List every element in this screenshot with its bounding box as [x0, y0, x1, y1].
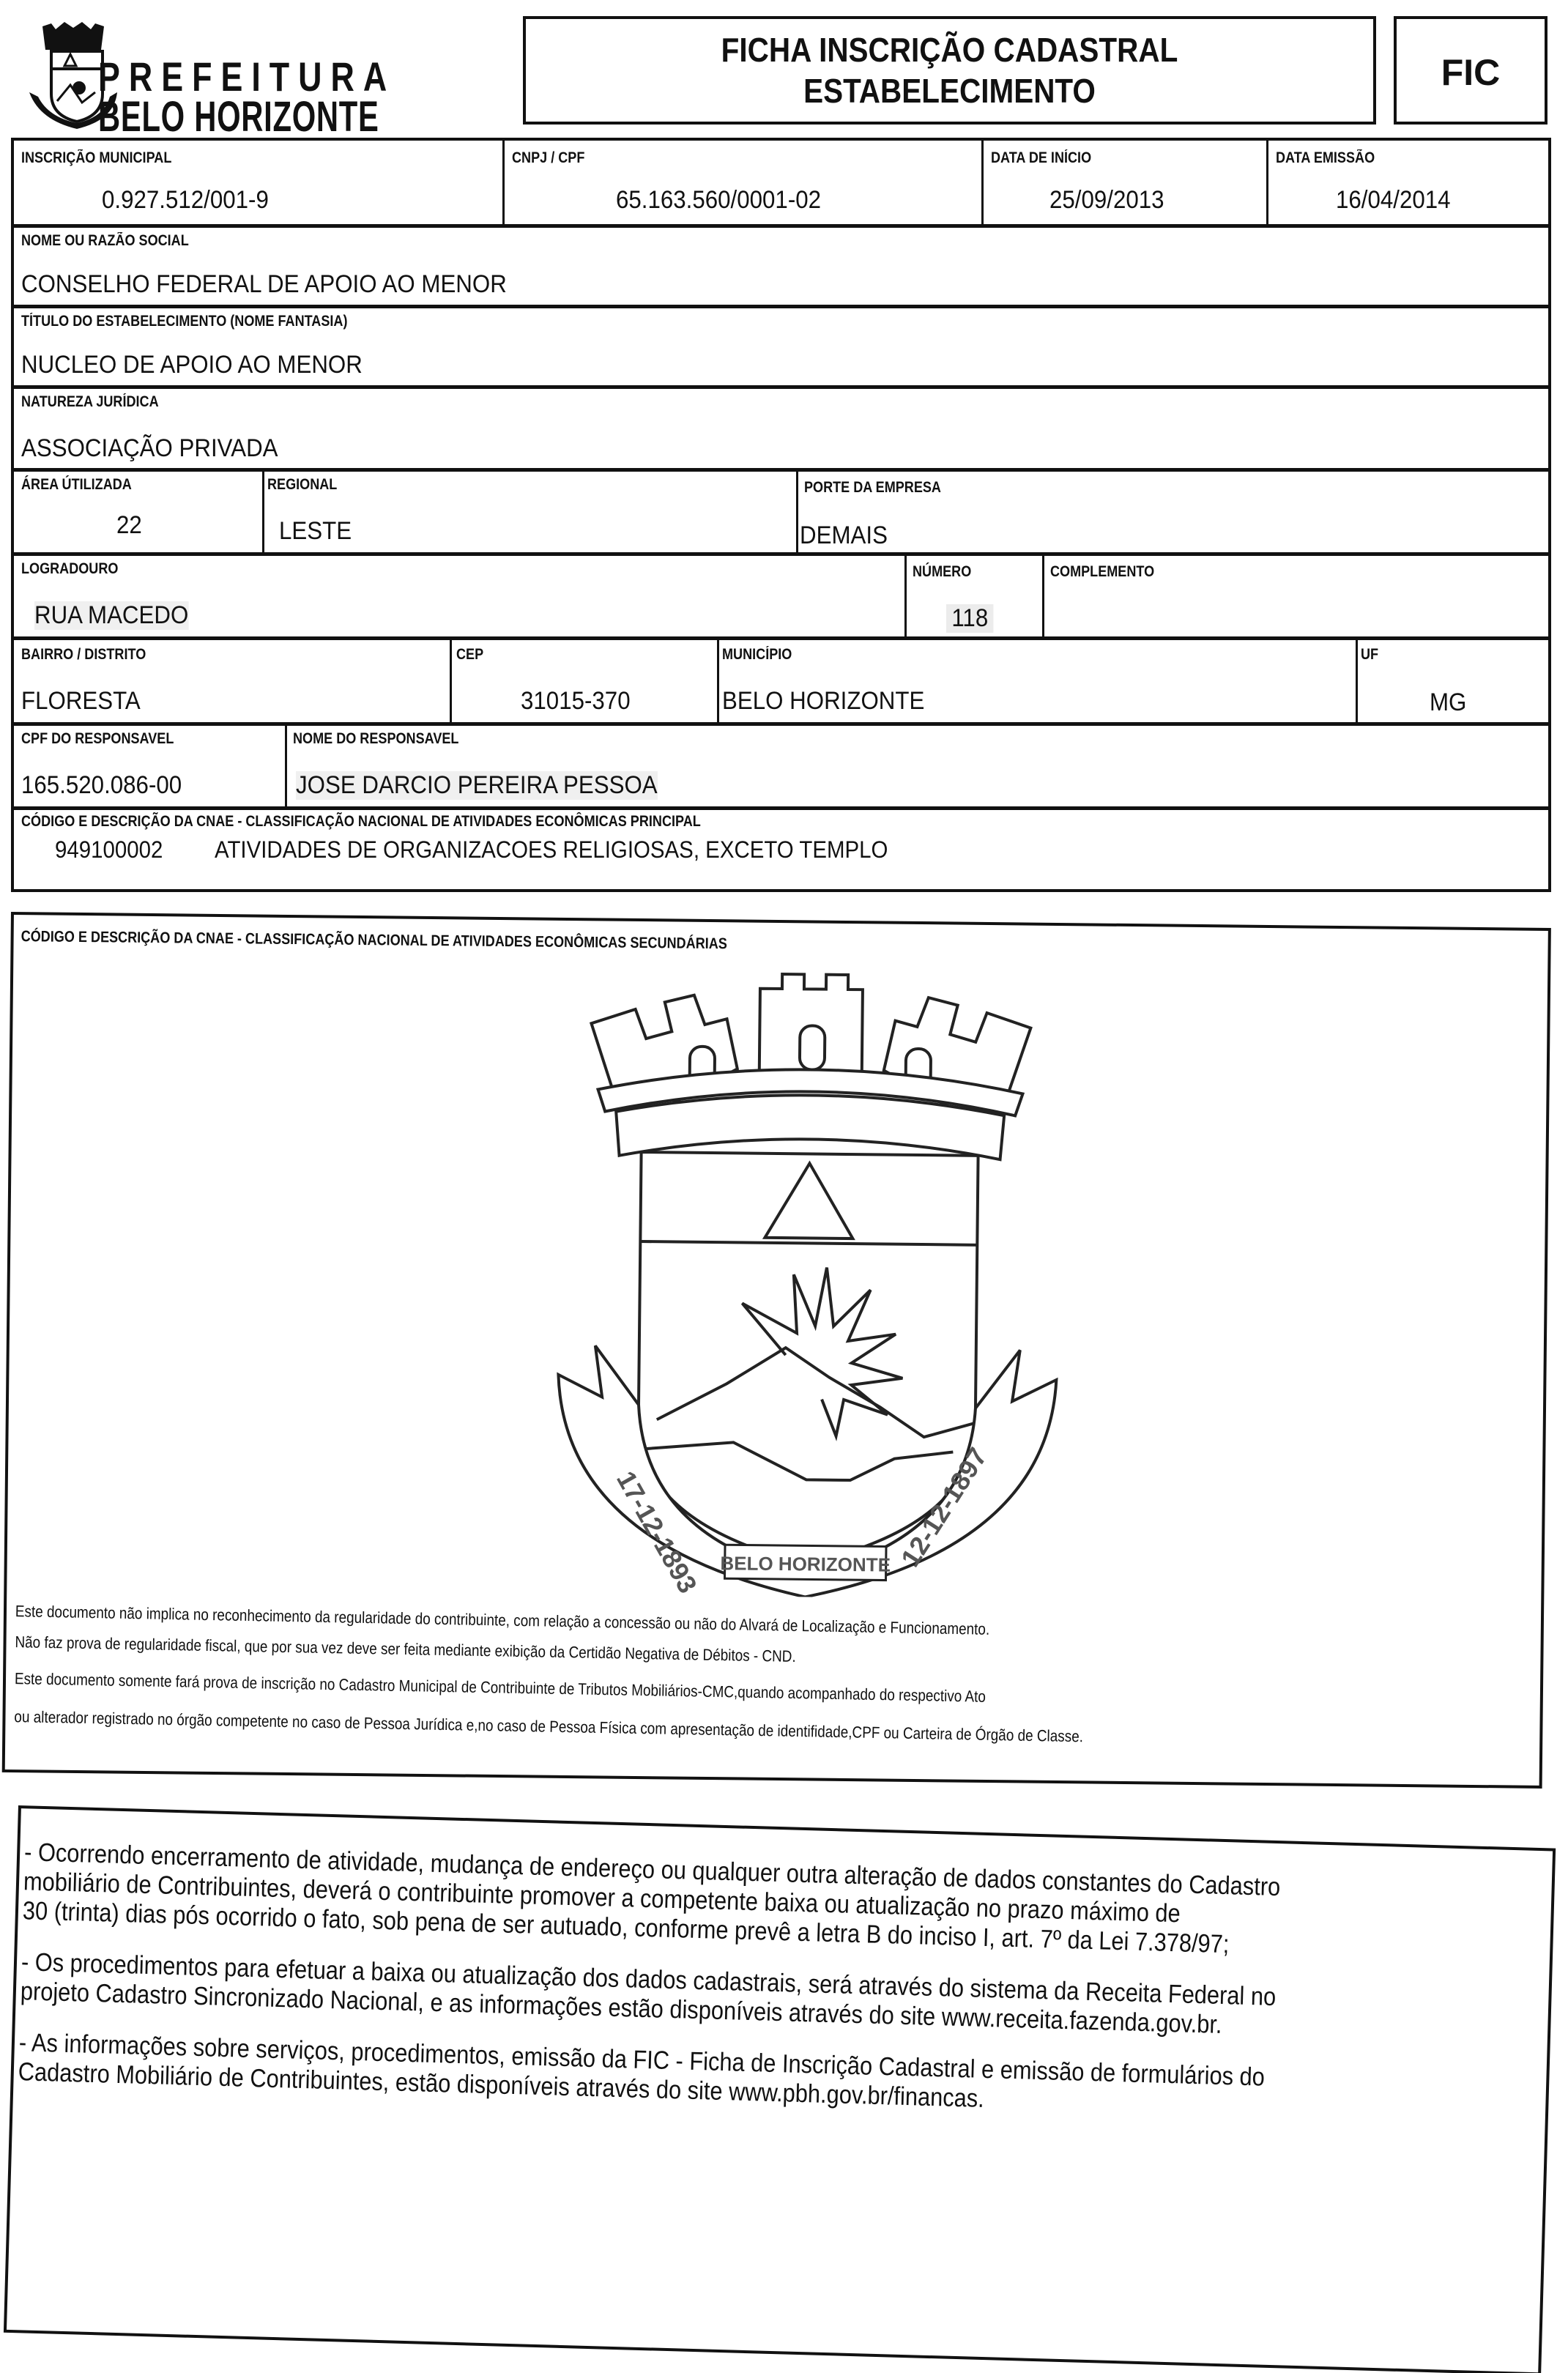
field-logradouro: LOGRADOURO RUA MACEDO [14, 556, 904, 636]
form-title-line2: ESTABELECIMENTO [576, 70, 1322, 111]
value-cnae-description: ATIVIDADES DE ORGANIZACOES RELIGIOSAS, E… [215, 836, 888, 864]
field-inscricao-municipal: INSCRIÇÃO MUNICIPAL 0.927.512/001-9 [14, 141, 502, 224]
field-nome-responsavel: NOME DO RESPONSAVEL JOSE DARCIO PEREIRA … [287, 726, 1548, 806]
field-numero: NÚMERO 118 [907, 556, 1042, 636]
value-inscricao-municipal: 0.927.512/001-9 [102, 186, 269, 215]
label-bairro: BAIRRO / DISTRITO [21, 646, 146, 664]
label-inscricao-municipal: INSCRIÇÃO MUNICIPAL [21, 149, 171, 167]
registration-table: INSCRIÇÃO MUNICIPAL 0.927.512/001-9 CNPJ… [11, 138, 1551, 892]
value-porte-empresa: DEMAIS [800, 521, 888, 550]
value-logradouro: RUA MACEDO [34, 601, 188, 630]
value-data-inicio: 25/09/2013 [1049, 186, 1164, 215]
label-cnae-secundarias: CÓDIGO E DESCRIÇÃO DA CNAE - CLASSIFICAÇ… [21, 928, 727, 953]
form-code-box: FIC [1394, 16, 1547, 125]
field-cep: CEP 31015-370 [452, 640, 717, 722]
label-municipio: MUNICÍPIO [722, 646, 792, 664]
label-uf: UF [1361, 646, 1378, 664]
value-regional: LESTE [279, 517, 352, 546]
field-nome-fantasia: TÍTULO DO ESTABELECIMENTO (NOME FANTASIA… [14, 308, 1548, 385]
field-uf: UF MG [1358, 640, 1548, 722]
disclaimer-line: Este documento não implica no reconhecim… [15, 1602, 990, 1639]
value-cnpj-cpf: 65.163.560/0001-02 [616, 186, 821, 215]
value-data-emissao: 16/04/2014 [1336, 186, 1451, 215]
coat-of-arms-emblem: 17-12-1893 BELO HORIZONTE 12-12-1897 [541, 965, 1075, 1600]
disclaimer-line: Este documento somente fará prova de ins… [15, 1669, 986, 1707]
field-cnpj-cpf: CNPJ / CPF 65.163.560/0001-02 [505, 141, 981, 224]
field-porte-empresa: PORTE DA EMPRESA DEMAIS [798, 472, 1548, 552]
field-natureza-juridica: NATUREZA JURÍDICA ASSOCIAÇÃO PRIVADA [14, 389, 1548, 468]
ribbon-center-text: BELO HORIZONTE [720, 1552, 891, 1575]
field-razao-social: NOME OU RAZÃO SOCIAL CONSELHO FEDERAL DE… [14, 228, 1548, 305]
label-area-utilizada: ÁREA ÚTILIZADA [21, 476, 132, 494]
disclaimer-line: Não faz prova de regularidade fiscal, qu… [15, 1633, 796, 1666]
field-cpf-responsavel: CPF DO RESPONSAVEL 165.520.086-00 [14, 726, 285, 806]
value-nome-fantasia: NUCLEO DE APOIO AO MENOR [21, 351, 363, 379]
label-complemento: COMPLEMENTO [1050, 563, 1154, 581]
label-cep: CEP [456, 646, 483, 664]
label-cpf-responsavel: CPF DO RESPONSAVEL [21, 730, 174, 748]
label-regional: REGIONAL [267, 476, 337, 494]
value-uf: MG [1430, 688, 1466, 717]
value-cpf-responsavel: 165.520.086-00 [21, 771, 182, 800]
label-cnpj-cpf: CNPJ / CPF [512, 149, 584, 167]
label-data-emissao: DATA EMISSÃO [1276, 149, 1375, 167]
label-data-inicio: DATA DE INÍCIO [991, 149, 1091, 167]
field-cnae-principal: CÓDIGO E DESCRIÇÃO DA CNAE - CLASSIFICAÇ… [14, 810, 1548, 889]
field-data-emissao: DATA EMISSÃO 16/04/2014 [1268, 141, 1548, 224]
form-code: FIC [1397, 51, 1545, 94]
value-bairro: FLORESTA [21, 687, 141, 716]
label-razao-social: NOME OU RAZÃO SOCIAL [21, 232, 189, 250]
value-cep: 31015-370 [521, 687, 631, 716]
label-nome-responsavel: NOME DO RESPONSAVEL [293, 730, 458, 748]
cnae-secondary-box: CÓDIGO E DESCRIÇÃO DA CNAE - CLASSIFICAÇ… [2, 912, 1551, 1789]
note-item: - Ocorrendo encerramento de atividade, m… [21, 1808, 1553, 1851]
value-nome-responsavel: JOSE DARCIO PEREIRA PESSOA [296, 771, 658, 800]
label-cnae-principal: CÓDIGO E DESCRIÇÃO DA CNAE - CLASSIFICAÇ… [21, 813, 701, 831]
field-municipio: MUNICÍPIO BELO HORIZONTE [719, 640, 1356, 722]
label-porte-empresa: PORTE DA EMPRESA [804, 479, 941, 497]
form-title: FICHA INSCRIÇÃO CADASTRAL ESTABELECIMENT… [576, 29, 1322, 111]
field-regional: REGIONAL LESTE [264, 472, 796, 552]
field-bairro: BAIRRO / DISTRITO FLORESTA [14, 640, 450, 722]
value-area-utilizada: 22 [116, 511, 142, 540]
field-area-utilizada: ÁREA ÚTILIZADA 22 [14, 472, 262, 552]
value-razao-social: CONSELHO FEDERAL DE APOIO AO MENOR [21, 270, 507, 299]
value-numero: 118 [946, 604, 994, 633]
form-title-box: FICHA INSCRIÇÃO CADASTRAL ESTABELECIMENT… [523, 16, 1376, 125]
field-complemento: COMPLEMENTO [1044, 556, 1548, 636]
label-natureza-juridica: NATUREZA JURÍDICA [21, 393, 159, 411]
label-numero: NÚMERO [913, 563, 971, 581]
label-nome-fantasia: TÍTULO DO ESTABELECIMENTO (NOME FANTASIA… [21, 313, 347, 330]
notes-box: - Ocorrendo encerramento de atividade, m… [4, 1805, 1556, 2373]
form-title-line1: FICHA INSCRIÇÃO CADASTRAL [576, 29, 1322, 70]
value-cnae-code: 949100002 [55, 836, 163, 864]
disclaimer-list: Este documento não implica no reconhecim… [14, 915, 1548, 931]
label-logradouro: LOGRADOURO [21, 560, 118, 578]
disclaimer-line: ou alterador registrado no órgão compete… [14, 1707, 1083, 1746]
pbh-logo: PREFEITURA BELO HORIZONTE [22, 21, 352, 130]
value-natureza-juridica: ASSOCIAÇÃO PRIVADA [21, 434, 278, 463]
logo-belo-horizonte: BELO HORIZONTE [98, 92, 379, 141]
field-data-inicio: DATA DE INÍCIO 25/09/2013 [984, 141, 1266, 224]
value-municipio: BELO HORIZONTE [722, 687, 924, 716]
